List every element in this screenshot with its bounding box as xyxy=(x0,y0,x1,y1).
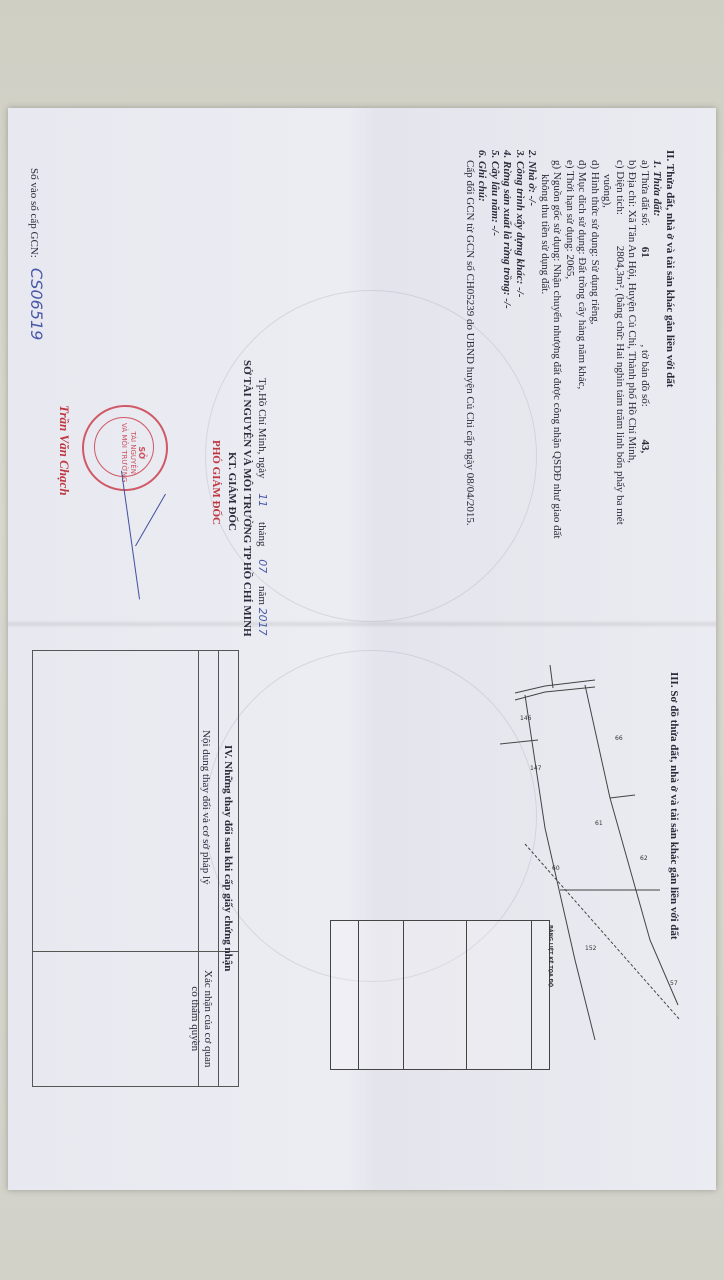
authority-confirm-header-2: có thẩm quyền xyxy=(189,970,202,1067)
official-stamp: SỞ TÀI NGUYÊN VÀ MÔI TRƯỜNG xyxy=(82,405,168,491)
issue-month: 07 xyxy=(256,549,269,583)
parcel-66-label: 66 xyxy=(615,735,623,742)
forest-item: 4. Rừng sản xuất là rừng trồng: -/- xyxy=(501,150,514,539)
house-item: 2. Nhà ở: -/- xyxy=(526,150,539,539)
issuing-agency: SỞ TÀI NGUYÊN VÀ MÔI TRƯỜNG TP HỒ CHÍ MI… xyxy=(241,360,254,637)
registry-label: Số vào sổ cấp GCN: xyxy=(28,168,40,258)
notes-text: Cấp đổi GCN từ GCN số CH05239 do UBND hu… xyxy=(464,150,477,539)
usage-form: d) Hình thức sử dụng: Sử dụng riêng, xyxy=(589,150,602,539)
registry-number: CS06519 xyxy=(27,262,46,341)
change-content-header: Nội dung thay đổi và cơ sở pháp lý xyxy=(200,730,213,885)
parcel-heading: 1. Thửa đất: xyxy=(651,150,664,539)
parcel-number-label: a) Thửa đất số: xyxy=(639,160,651,226)
agency-block: SỞ TÀI NGUYÊN VÀ MÔI TRƯỜNG TP HỒ CHÍ MI… xyxy=(241,360,254,637)
month-label: tháng xyxy=(256,522,268,546)
map-sheet-number: 43, xyxy=(639,410,651,454)
table-border xyxy=(218,651,219,1086)
parcel-60-label: 60 xyxy=(552,865,560,872)
parcel-146-label: 146 xyxy=(520,715,532,722)
deputy-director: PHÓ GIÁM ĐỐC xyxy=(210,440,223,525)
area-value-cont: vuông), xyxy=(601,150,614,539)
parcel-152-label: 152 xyxy=(585,945,597,952)
section-4-col2: Xác nhận của cơ quan có thẩm quyền xyxy=(189,970,214,1067)
kt-director: KT. GIÁM ĐỐC xyxy=(226,452,239,531)
coordinate-table-title: BẢNG LIỆT KÊ TỌA ĐỘ xyxy=(547,925,553,987)
coordinate-table xyxy=(330,920,550,1070)
section-2-title: II. Thửa đất, nhà ở và tài sản khác gắn … xyxy=(664,150,677,539)
map-sheet-label: , tờ bản đồ số: xyxy=(639,344,651,406)
parcel-57-label: 57 xyxy=(670,980,678,987)
parcel-number: 61 xyxy=(639,229,652,342)
parcel-61-label: 61 xyxy=(595,820,603,827)
other-construction-item: 3. Công trình xây dựng khác: -/- xyxy=(514,150,527,539)
table-divider xyxy=(358,921,359,1069)
area-line: c) Diện tích: 2804,3m², (bằng chữ: Hai n… xyxy=(614,150,627,539)
role-block: PHÓ GIÁM ĐỐC xyxy=(210,440,223,525)
area-label: c) Diện tích: xyxy=(614,160,626,215)
table-divider xyxy=(531,921,532,1069)
usage-origin: g) Nguồn gốc sử dụng: Nhận chuyển nhượng… xyxy=(551,150,564,539)
registry-block: Số vào sổ cấp GCN: CS06519 xyxy=(26,168,46,340)
section-4: IV. Những thay đổi sau khi cấp giấy chứn… xyxy=(222,745,235,971)
table-title: BẢNG LIỆT KÊ TỌA ĐỘ xyxy=(547,925,553,987)
stamp-text: SỞ TÀI NGUYÊN VÀ MÔI TRƯỜNG xyxy=(119,423,146,482)
section-2: II. Thửa đất, nhà ở và tài sản khác gắn … xyxy=(464,150,677,539)
issue-date: Tp.Hồ Chí Minh, ngày 11 tháng 07 năm 201… xyxy=(256,378,269,636)
table-divider xyxy=(403,921,404,1069)
address: b) Địa chỉ: Xã Tân An Hội, Huyện Củ Chi,… xyxy=(626,150,639,539)
section-4-col1: Nội dung thay đổi và cơ sở pháp lý xyxy=(200,730,213,885)
authority-confirm-header: Xác nhận của cơ quan xyxy=(202,970,215,1067)
table-border xyxy=(33,951,238,952)
issue-day: 11 xyxy=(256,481,269,519)
perennial-item: 5. Cây lâu năm: -/- xyxy=(489,150,502,539)
parcel-147-label: 147 xyxy=(530,765,542,772)
usage-purpose: đ) Mục đích sử dụng: Đất trồng cây hàng … xyxy=(576,150,589,539)
section-4-title: IV. Những thay đổi sau khi cấp giấy chứn… xyxy=(222,745,235,971)
issue-year: 2017 xyxy=(256,608,269,636)
area-value: 2804,3m², (bằng chữ: Hai nghìn tám trăm … xyxy=(614,218,626,525)
table-divider xyxy=(466,921,467,1069)
kt-block: KT. GIÁM ĐỐC xyxy=(226,452,239,531)
year-label: năm xyxy=(256,586,268,605)
signer-name: Trần Văn Chạch xyxy=(58,405,71,496)
signature-block: Tp.Hồ Chí Minh, ngày 11 tháng 07 năm 201… xyxy=(256,378,269,636)
parcel-62-label: 62 xyxy=(640,855,648,862)
page-fold xyxy=(8,620,716,628)
usage-origin-cont: không thu tiền sử dụng đất. xyxy=(539,150,552,539)
notes-heading: 6. Ghi chú: xyxy=(476,150,489,539)
usage-term: e) Thời hạn sử dụng: 2065, xyxy=(564,150,577,539)
parcel-number-line: a) Thửa đất số: 61 , tờ bản đồ số: 43, xyxy=(639,150,652,539)
date-prefix: Tp.Hồ Chí Minh, ngày xyxy=(256,378,268,479)
signer-name-block: Trần Văn Chạch xyxy=(58,405,71,496)
